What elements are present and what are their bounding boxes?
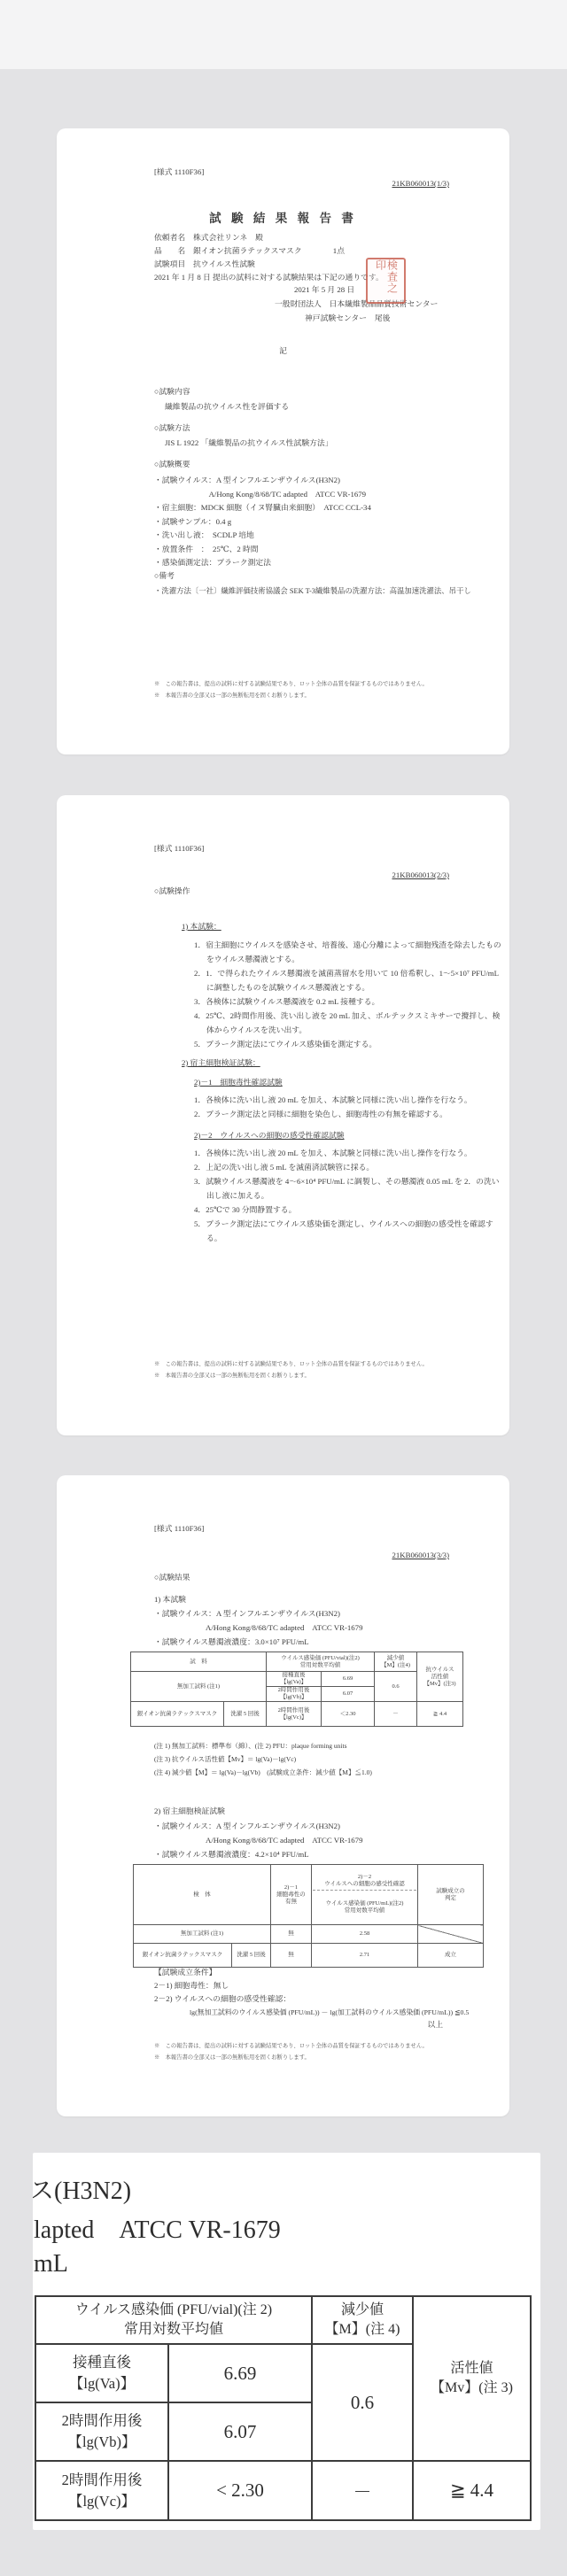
- ki-marker: 記: [57, 346, 509, 356]
- sensitivity-head: 2)－2 ウイルスへの細胞の感受性確認試験: [194, 1131, 345, 1141]
- list-item: 1．各検体に洗い出し液 20 mL を加え、本試験と同様に洗い出し操作を行なう。: [194, 1093, 506, 1107]
- cell-reduction-value: 0.6: [312, 2344, 413, 2461]
- cell-lgvb-label: 2時間作用後 【lg(Vb)】: [267, 1687, 322, 1702]
- validity-conditions-head: 【試験成立条件】: [154, 1968, 216, 1977]
- report-date: 2021 年 5 月 28 日: [294, 285, 354, 295]
- form-label: [様式 1110F36]: [154, 1524, 204, 1534]
- report-page-1: [様式 1110F36] 21KB060013(1/3) 試 験 結 果 報 告…: [57, 128, 509, 754]
- main-test-head: 1) 本試験：: [182, 922, 221, 932]
- crop-fragment-strain: lapted ATCC VR-1679: [34, 2216, 281, 2245]
- cell-lgvc-value: < 2.30: [168, 2461, 312, 2520]
- section-summary-head: ○試験概要: [154, 460, 190, 469]
- summary-line: ・試験ウイルス：A 型インフルエンザウイルス(H3N2): [154, 474, 371, 488]
- section-summary-lines: ・試験ウイルス：A 型インフルエンザウイルス(H3N2) A/Hong Kong…: [154, 474, 371, 570]
- list-item: 4．25℃で 30 分間静置する。: [194, 1203, 506, 1217]
- page-footnotes: ※ この報告書は、提出の試料に対する試験結果であり、ロット全体の品質を保証するも…: [154, 1358, 428, 1381]
- cell-lgvc-label: 2時間作用後 【lg(Vc)】: [267, 1702, 322, 1727]
- cell-untreated-sample: 無加工試料 (注1): [131, 1672, 267, 1702]
- virus-strain-line-2: A/Hong Kong/8/68/TC adapted ATCC VR-1679: [206, 1836, 362, 1845]
- list-item: 2．1．で得られたウイルス懸濁液を滅菌蒸留水を用いて 10 倍希釈し、1～5×1…: [194, 966, 506, 994]
- summary-line: A/Hong Kong/8/68/TC adapted ATCC VR-1679: [154, 488, 371, 502]
- table-header-cytotoxicity: 2)－1 細胞毒性の 有無: [271, 1865, 312, 1925]
- page-footnotes: ※ この報告書は、提出の試料に対する試験結果であり、ロット全体の品質を保証するも…: [154, 2040, 428, 2063]
- table-header-sensitivity: 2)－2 ウイルスへの細胞の感受性確認 ウイルス感染価 (PFU/mL)(注2)…: [312, 1865, 418, 1925]
- summary-line: ・放置条件 ： 25℃、2 時間: [154, 543, 371, 557]
- cell-verdict-established: 成立: [418, 1944, 484, 1968]
- list-item: 5．プラーク測定法にてウイルス感染価を測定する。: [194, 1037, 506, 1051]
- cell-verdict-diagonal: [418, 1925, 484, 1944]
- host-cell-test-head: 2) 宿主細胞検証試験：: [182, 1058, 260, 1068]
- list-item: 2．プラーク測定法と同様に細胞を染色し、細胞毒性の有無を確認する。: [194, 1107, 506, 1121]
- host-cell-result-table: 検 体 2)－1 細胞毒性の 有無 2)－2 ウイルスへの細胞の感受性確認 ウイ…: [133, 1864, 484, 1968]
- validity-formula: lg(無加工試料のウイルス感染価 (PFU/mL)) － lg(加工試料のウイル…: [190, 2007, 469, 2017]
- cell-wash-count: 洗濯 5 回後: [224, 1702, 267, 1727]
- table-note-3: (注 4) 減少値【M】＝ lg(Va)－lg(Vb) (試験成立条件：減少値【…: [154, 1768, 372, 1777]
- table-header-reduction: 減少値 【M】(注4): [375, 1652, 417, 1672]
- magnified-crop-view: ス(H3N2) lapted ATCC VR-1679 mL ウイルス感染価 (…: [33, 2153, 540, 2530]
- summary-line: ・試験サンプル：0.4 g: [154, 515, 371, 530]
- summary-line: ・感染価測定法：プラーク測定法: [154, 556, 371, 570]
- table-header-reduction: 減少値 【M】(注 4): [312, 2296, 413, 2344]
- cell-mask-sample: 銀イオン抗菌ラテックスマスク: [134, 1944, 232, 1968]
- summary-line: ・洗い出し液： SCDLP 培地: [154, 529, 371, 543]
- footnote-2: ※ 本報告書の全部又は一部の無断転用を固くお断りします。: [154, 690, 428, 701]
- main-test-items: 1．宿主細胞にウイルスを感染させ、培養後、遠心分離によって細胞残渣を除去したもの…: [194, 938, 506, 1051]
- list-item: 3．試験ウイルス懸濁液を 4～6×10⁴ PFU/mL に調製し、その懸濁液 0…: [194, 1174, 506, 1203]
- crop-fragment-unit: mL: [34, 2250, 68, 2278]
- section-method-body: JIS L 1922 「繊維製品の抗ウイルス性試験方法」: [165, 438, 333, 448]
- cell-lgvb-value: 6.07: [168, 2402, 312, 2461]
- cell-reduction-dash: －: [375, 1702, 417, 1727]
- footnote-2: ※ 本報告書の全部又は一部の無断転用を固くお断りします。: [154, 1370, 428, 1381]
- virus-concentration-line-2: ・試験ウイルス懸濁液濃度：4.2×10⁴ PFU/mL: [154, 1850, 309, 1860]
- virus-strain-line: A/Hong Kong/8/68/TC adapted ATCC VR-1679: [206, 1623, 362, 1633]
- cell-lgva-label: 接種直後 【lg(Va)】: [267, 1672, 322, 1687]
- test-virus-line-2: ・試験ウイルス：A 型インフルエンザウイルス(H3N2): [154, 1822, 340, 1831]
- section-method-head: ○試験方法: [154, 423, 190, 433]
- cell-infectivity-value: 2.58: [312, 1925, 418, 1944]
- doc-number: 21KB060013(1/3): [392, 179, 449, 189]
- footnote-1: ※ この報告書は、提出の試料に対する試験結果であり、ロット全体の品質を保証するも…: [154, 678, 428, 690]
- test-virus-line: ・試験ウイルス：A 型インフルエンザウイルス(H3N2): [154, 1609, 340, 1619]
- top-strip: [0, 0, 567, 69]
- table-header-specimen: 検 体: [134, 1865, 271, 1925]
- sensitivity-items: 1．各検体に洗い出し液 20 mL を加え、本試験と同様に洗い出し操作を行なう。…: [194, 1146, 506, 1245]
- cell-untreated-sample: 無加工試料 (注1): [134, 1925, 271, 1944]
- table-header-sample: 試 料: [131, 1652, 267, 1672]
- footnote-2: ※ 本報告書の全部又は一部の無断転用を固くお断りします。: [154, 2052, 428, 2063]
- list-item: 1．宿主細胞にウイルスを感染させ、培養後、遠心分離によって細胞残渣を除去したもの…: [194, 938, 506, 966]
- product-line: 品 名 銀イオン抗菌ラテックスマスク 1点: [154, 244, 384, 258]
- footnote-1: ※ この報告書は、提出の試料に対する試験結果であり、ロット全体の品質を保証するも…: [154, 1358, 428, 1370]
- cell-wash-count: 洗濯 5 回後: [232, 1944, 271, 1968]
- sensitivity-check-label: 2)－2 ウイルスへの細胞の感受性確認: [313, 1872, 416, 1891]
- validity-condition-1: 2－1) 細胞毒性：無し: [154, 1981, 229, 1991]
- infectivity-label: ウイルス感染価 (PFU/mL)(注2) 常用対数平均値: [313, 1898, 416, 1917]
- table-header-activity: 活性値 【Mv】(注 3): [413, 2296, 531, 2461]
- cell-lgvc-label: 2時間作用後 【lg(Vc)】: [35, 2461, 168, 2520]
- cell-lgva-value: 6.69: [168, 2344, 312, 2402]
- cell-activity-value: ≧ 4.4: [413, 2461, 531, 2520]
- cell-toxicity-none: 無: [271, 1925, 312, 1944]
- table-header-verdict: 試験成立の 判定: [418, 1865, 484, 1925]
- page-footnotes: ※ この報告書は、提出の試料に対する試験結果であり、ロット全体の品質を保証するも…: [154, 678, 428, 701]
- cell-reduction-value: 0.6: [375, 1672, 417, 1702]
- cell-lgvb-label: 2時間作用後 【lg(Vb)】: [35, 2402, 168, 2461]
- list-item: 5．プラーク測定法にてウイルス感染価を測定し、ウイルスへの細胞の感受性を確認する…: [194, 1217, 506, 1245]
- table-note-2: (注 3) 抗ウイルス活性値【Mv】＝ lg(Va)－lg(Vc): [154, 1754, 296, 1764]
- cell-activity-value: ≧ 4.4: [417, 1702, 463, 1727]
- section-content-body: 繊維製品の抗ウイルス性を評価する: [165, 402, 289, 412]
- list-item: 4．25℃、2時間作用後、洗い出し液を 20 mL 加え、ボルテックスミキサーで…: [194, 1009, 506, 1037]
- table-header-activity: 抗ウイルス 活性値 【Mv】(注3): [417, 1652, 463, 1702]
- magnified-result-table: ウイルス感染価 (PFU/vial)(注 2) 常用対数平均値 減少値 【M】(…: [35, 2295, 532, 2521]
- section-remarks-head: ○備考: [154, 571, 175, 581]
- report-page-2: [様式 1110F36] 21KB060013(2/3) ○試験操作 1) 本試…: [57, 795, 509, 1435]
- organization: 一般財団法人 日本繊維製品品質技術センター: [275, 299, 438, 309]
- table-note-1: (注 1) 無加工試料：標準布（綿）、(注 2) PFU：plaque form…: [154, 1741, 347, 1751]
- cell-lgva-value: 6.69: [322, 1672, 375, 1687]
- cytotoxicity-items: 1．各検体に洗い出し液 20 mL を加え、本試験と同様に洗い出し操作を行なう。…: [194, 1093, 506, 1121]
- request-info: 依頼者名 株式会社リンネ 殿 品 名 銀イオン抗菌ラテックスマスク 1点 試験項…: [154, 231, 384, 284]
- cell-mask-sample: 銀イオン抗菌ラテックスマスク: [131, 1702, 224, 1727]
- main-test-result-table: 試 料 ウイルス感染価 (PFU/vial)(注2) 常用対数平均値 減少値 【…: [130, 1652, 463, 1727]
- cell-lgvb-value: 6.07: [322, 1687, 375, 1702]
- validity-condition-2: 2－2) ウイルスへの細胞の感受性確認：: [154, 1994, 291, 2004]
- test-item-line: 試験項目 抗ウイルス性試験: [154, 258, 384, 271]
- section-remarks-body: ・洗濯方法〔一社〕繊維評価技術協議会 SEK T-3繊維製品の洗濯方法：高温加速…: [154, 586, 471, 596]
- cell-lgva-label: 接種直後 【lg(Va)】: [35, 2344, 168, 2402]
- virus-concentration-line: ・試験ウイルス懸濁液濃度：3.0×10⁷ PFU/mL: [154, 1637, 309, 1647]
- operation-head: ○試験操作: [154, 886, 190, 896]
- main-test-result-head: 1) 本試験: [154, 1595, 186, 1605]
- list-item: 3．各検体に試験ウイルス懸濁液を 0.2 mL 接種する。: [194, 994, 506, 1009]
- form-label: [様式 1110F36]: [154, 167, 204, 177]
- doc-number: 21KB060013(3/3): [392, 1551, 449, 1560]
- page-title: 試 験 結 果 報 告 書: [57, 208, 509, 226]
- results-head: ○試験結果: [154, 1573, 190, 1582]
- footnote-1: ※ この報告書は、提出の試料に対する試験結果であり、ロット全体の品質を保証するも…: [154, 2040, 428, 2052]
- test-center: 神戸試験センター 尾後: [305, 313, 390, 323]
- red-seal-stamp: 検査之印: [366, 258, 406, 304]
- client-line: 依頼者名 株式会社リンネ 殿: [154, 231, 384, 244]
- cell-lgvc-value: ＜2.30: [322, 1702, 375, 1727]
- table-header-infectivity: ウイルス感染価 (PFU/vial)(注2) 常用対数平均値: [267, 1652, 375, 1672]
- doc-number: 21KB060013(2/3): [392, 870, 449, 880]
- host-cell-result-head: 2) 宿主細胞検証試験: [154, 1806, 225, 1816]
- list-item: 2．上記の洗い出し液 5 mL を滅菌済試験管に採る。: [194, 1160, 506, 1174]
- submit-line: 2021 年 1 月 8 日 提出の試料に対する試験結果は下記の通りです。: [154, 271, 384, 284]
- form-label: [様式 1110F36]: [154, 844, 204, 854]
- cytotoxicity-head: 2)－1 細胞毒性確認試験: [194, 1078, 283, 1087]
- summary-line: ・宿主細胞：MDCK 細胞（イヌ腎臓由来細胞） ATCC CCL-34: [154, 501, 371, 515]
- crop-fragment-virus: ス(H3N2): [33, 2178, 131, 2206]
- closing-word: 以上: [427, 2020, 443, 2030]
- report-page-3: [様式 1110F36] 21KB060013(3/3) ○試験結果 1) 本試…: [57, 1475, 509, 2116]
- section-content-head: ○試験内容: [154, 387, 190, 397]
- table-header-infectivity: ウイルス感染価 (PFU/vial)(注 2) 常用対数平均値: [35, 2296, 312, 2344]
- cell-toxicity-none: 無: [271, 1944, 312, 1968]
- cell-infectivity-value: 2.71: [312, 1944, 418, 1968]
- cell-reduction-dash: －: [312, 2461, 413, 2520]
- list-item: 1．各検体に洗い出し液 20 mL を加え、本試験と同様に洗い出し操作を行なう。: [194, 1146, 506, 1160]
